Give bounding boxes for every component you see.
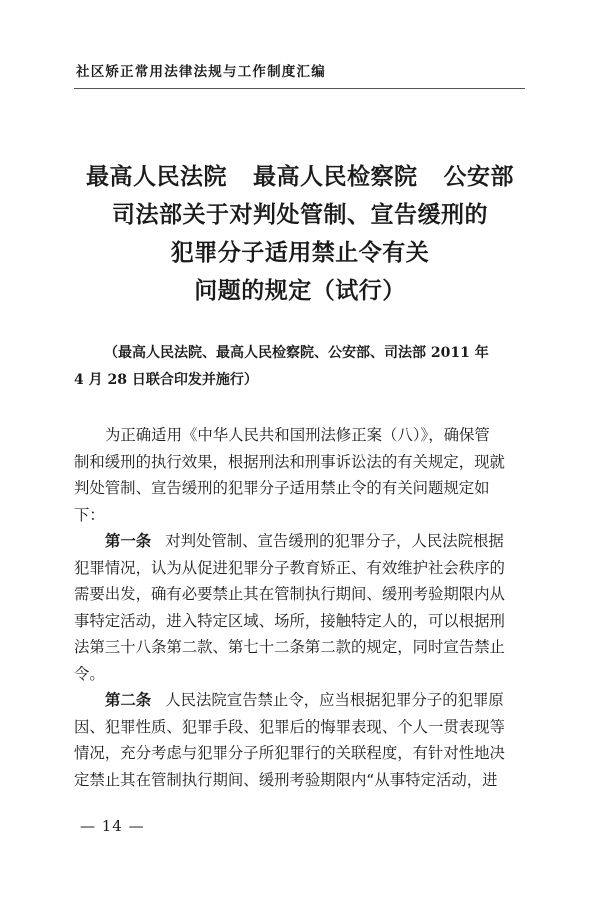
- article-2-paragraph: 第二条人民法院宣告禁止令，应当根据犯罪分子的犯罪原 因、犯罪性质、犯罪手段、犯罪…: [74, 687, 528, 793]
- article-2-label: 第二条: [105, 691, 151, 709]
- article-line: 定禁止其在管制执行期间、缓刑考验期限内“从事特定活动，进: [74, 767, 528, 794]
- document-title: 最高人民法院最高人民检察院公安部 司法部关于对判处管制、宣告缓刑的 犯罪分子适用…: [60, 158, 540, 310]
- issuance-line-1: （最高人民法院、最高人民检察院、公安部、司法部 2011 年: [74, 340, 526, 367]
- article-1-paragraph: 第一条对判处管制、宣告缓刑的犯罪分子，人民法院根据 犯罪情况，认为从促进犯罪分子…: [74, 528, 528, 687]
- article-1-first-line: 第一条对判处管制、宣告缓刑的犯罪分子，人民法院根据: [74, 528, 528, 555]
- document-body: 为正确适用《中华人民共和国刑法修正案（八）》，确保管 制和缓刑的执行效果，根据刑…: [74, 422, 528, 793]
- title-line-2: 司法部关于对判处管制、宣告缓刑的: [60, 196, 540, 234]
- preamble-line: 判处管制、宣告缓刑的犯罪分子适用禁止令的有关问题规定如: [74, 475, 528, 502]
- article-1-label: 第一条: [105, 532, 151, 550]
- header-rule: [74, 88, 525, 89]
- preamble-line: 为正确适用《中华人民共和国刑法修正案（八）》，确保管: [74, 422, 528, 449]
- page-number: — 14 —: [80, 817, 145, 835]
- title-issuer-2: 最高人民检察院: [253, 164, 418, 190]
- article-1-first-text: 对判处管制、宣告缓刑的犯罪分子，人民法院根据: [165, 532, 504, 550]
- article-line: 情况，充分考虑与犯罪分子所犯罪行的关联程度，有针对性地决: [74, 740, 528, 767]
- article-2-first-line: 第二条人民法院宣告禁止令，应当根据犯罪分子的犯罪原: [74, 687, 528, 714]
- running-header: 社区矫正常用法律法规与工作制度汇编: [76, 60, 326, 80]
- article-line: 事特定活动，进入特定区域、场所，接触特定人的，可以根据刑: [74, 608, 528, 635]
- issuance-note: （最高人民法院、最高人民检察院、公安部、司法部 2011 年 4 月 28 日联…: [74, 340, 526, 394]
- preamble-line: 制和缓刑的执行效果，根据刑法和刑事诉讼法的有关规定，现就: [74, 449, 528, 476]
- article-line: 因、犯罪性质、犯罪手段、犯罪后的悔罪表现、个人一贯表现等: [74, 714, 528, 741]
- preamble-line: 下：: [74, 502, 528, 529]
- article-line: 法第三十八条第二款、第七十二条第二款的规定，同时宣告禁止: [74, 634, 528, 661]
- preamble-paragraph: 为正确适用《中华人民共和国刑法修正案（八）》，确保管 制和缓刑的执行效果，根据刑…: [74, 422, 528, 528]
- title-line-1: 最高人民法院最高人民检察院公安部: [60, 158, 540, 196]
- issuance-line-2: 4 月 28 日联合印发并施行）: [74, 367, 526, 394]
- article-2-first-text: 人民法院宣告禁止令，应当根据犯罪分子的犯罪原: [165, 691, 504, 709]
- article-line: 犯罪情况，认为从促进犯罪分子教育矫正、有效维护社会秩序的: [74, 555, 528, 582]
- title-line-4: 问题的规定（试行）: [60, 272, 540, 310]
- title-issuer-1: 最高人民法院: [86, 164, 227, 190]
- article-line: 需要出发，确有必要禁止其在管制执行期间、缓刑考验期限内从: [74, 581, 528, 608]
- title-line-3: 犯罪分子适用禁止令有关: [60, 234, 540, 272]
- title-issuer-3: 公安部: [444, 164, 515, 190]
- article-line: 令。: [74, 661, 528, 688]
